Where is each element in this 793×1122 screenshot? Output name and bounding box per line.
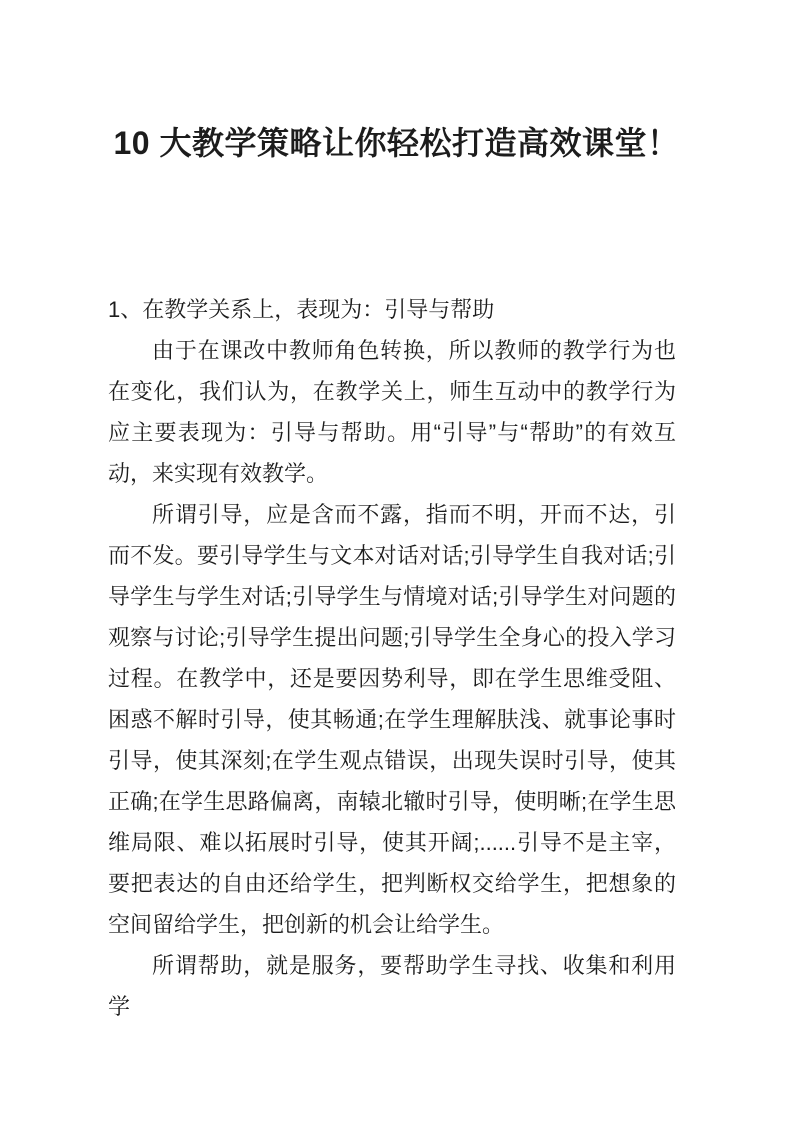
paragraph: 所谓引导，应是含而不露，指而不明，开而不达，引而不发。要引导学生与文本对话对话;… <box>108 494 676 945</box>
document-body: 1、在教学关系上，表现为：引导与帮助 由于在课改中教师角色转换，所以教师的教学行… <box>108 289 676 1027</box>
document-page: 10 大教学策略让你轻松打造高效课堂！ 1、在教学关系上，表现为：引导与帮助 由… <box>0 0 793 1122</box>
paragraph: 所谓帮助，就是服务，要帮助学生寻找、收集和利用学 <box>108 945 676 1027</box>
section-heading: 1、在教学关系上，表现为：引导与帮助 <box>108 289 676 330</box>
document-title: 10 大教学策略让你轻松打造高效课堂！ <box>0 122 793 164</box>
paragraph: 由于在课改中教师角色转换，所以教师的教学行为也在变化，我们认为，在教学关上，师生… <box>108 330 676 494</box>
